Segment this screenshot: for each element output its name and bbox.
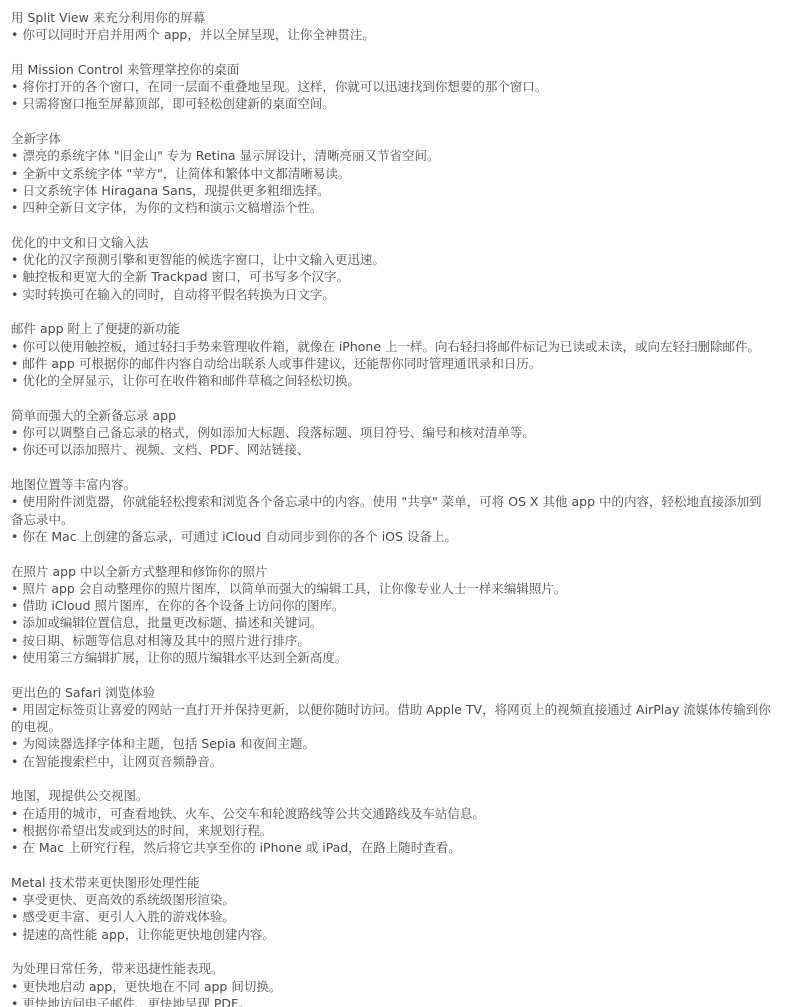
list-item: • 根据你希望出发或到达的时间，来规划行程。 [11, 822, 800, 839]
section-metal: Metal 技术带来更快图形处理性能 • 享受更快、更高效的系统级图形渲染。 •… [11, 874, 800, 943]
section-title: 用 Split View 来充分利用你的屏幕 [11, 9, 800, 26]
section-title: 优化的中文和日文输入法 [11, 234, 800, 251]
section-title: 在照片 app 中以全新方式整理和修饰你的照片 [11, 563, 800, 580]
list-item: • 在智能搜索栏中，让网页音频静音。 [11, 753, 800, 770]
section-title: 邮件 app 附上了便捷的新功能 [11, 320, 800, 337]
list-item: • 四种全新日文字体，为你的文档和演示文稿增添个性。 [11, 199, 800, 216]
list-item-continuation: 备忘录中。 [11, 511, 800, 528]
list-item: • 照片 app 会自动整理你的照片图库，以简单而强大的编辑工具，让你像专业人士… [11, 580, 800, 597]
list-item: • 优化的汉字预测引擎和更智能的候选字窗口，让中文输入更迅速。 [11, 251, 800, 268]
section-notes-content: 地图位置等丰富内容。 • 使用附件浏览器，你就能轻松搜索和浏览各个备忘录中的内容… [11, 476, 800, 545]
section-title: 地图位置等丰富内容。 [11, 476, 800, 493]
list-item: • 使用附件浏览器，你就能轻松搜索和浏览各个备忘录中的内容。使用 "共享" 菜单… [11, 493, 800, 510]
list-item: • 触控板和更宽大的全新 Trackpad 窗口，可书写多个汉字。 [11, 268, 800, 285]
section-title: 更出色的 Safari 浏览体验 [11, 684, 800, 701]
section-title: 用 Mission Control 来管理掌控你的桌面 [11, 61, 800, 78]
list-item: • 邮件 app 可根据你的邮件内容自动给出联系人或事件建议，还能帮你同时管理通… [11, 355, 800, 372]
section-title: 地图，现提供公交视图。 [11, 787, 800, 804]
list-item: • 感受更丰富、更引人入胜的游戏体验。 [11, 908, 800, 925]
list-item: • 漂亮的系统字体 "旧金山" 专为 Retina 显示屏设计，清晰亮丽又节省空… [11, 147, 800, 164]
list-item: • 按日期、标题等信息对相簿及其中的照片进行排序。 [11, 632, 800, 649]
list-item: • 只需将窗口拖至屏幕顶部，即可轻松创建新的桌面空间。 [11, 95, 800, 112]
list-item: • 在 Mac 上研究行程，然后将它共享至你的 iPhone 或 iPad，在路… [11, 839, 800, 856]
list-item: • 全新中文系统字体 "苹方"，让简体和繁体中文都清晰易读。 [11, 165, 800, 182]
list-item: • 更快地访问电子邮件，更快地呈现 PDF。 [11, 995, 800, 1007]
section-photos: 在照片 app 中以全新方式整理和修饰你的照片 • 照片 app 会自动整理你的… [11, 563, 800, 667]
section-mail: 邮件 app 附上了便捷的新功能 • 你可以使用触控板，通过轻扫手势来管理收件箱… [11, 320, 800, 389]
list-item: • 日文系统字体 Hiragana Sans，现提供更多粗细选择。 [11, 182, 800, 199]
list-item: • 提速的高性能 app，让你能更快地创建内容。 [11, 926, 800, 943]
section-notes: 简单而强大的全新备忘录 app • 你可以调整自己备忘录的格式，例如添加大标题、… [11, 407, 800, 459]
section-input-methods: 优化的中文和日文输入法 • 优化的汉字预测引擎和更智能的候选字窗口，让中文输入更… [11, 234, 800, 303]
list-item: • 你可以使用触控板，通过轻扫手势来管理收件箱，就像在 iPhone 上一样。向… [11, 338, 800, 355]
section-fonts: 全新字体 • 漂亮的系统字体 "旧金山" 专为 Retina 显示屏设计，清晰亮… [11, 130, 800, 216]
list-item: • 将你打开的各个窗口，在同一层面不重叠地呈现。这样，你就可以迅速找到你想要的那… [11, 78, 800, 95]
list-item: • 你可以同时开启并用两个 app，并以全屏呈现，让你全神贯注。 [11, 26, 800, 43]
section-performance: 为处理日常任务，带来迅捷性能表现。 • 更快地启动 app，更快地在不同 app… [11, 960, 800, 1007]
list-item: • 实时转换可在输入的同时，自动将平假名转换为日文字。 [11, 286, 800, 303]
list-item: • 你可以调整自己备忘录的格式，例如添加大标题、段落标题、项目符号、编号和核对清… [11, 424, 800, 441]
section-maps: 地图，现提供公交视图。 • 在适用的城市，可查看地铁、火车、公交车和轮渡路线等公… [11, 787, 800, 856]
list-item: • 你在 Mac 上创建的备忘录，可通过 iCloud 自动同步到你的各个 iO… [11, 528, 800, 545]
list-item: • 使用第三方编辑扩展，让你的照片编辑水平达到全新高度。 [11, 649, 800, 666]
feature-list-document: 用 Split View 来充分利用你的屏幕 • 你可以同时开启并用两个 app… [0, 0, 800, 1007]
list-item: • 为阅读器选择字体和主题，包括 Sepia 和夜间主题。 [11, 735, 800, 752]
list-item: • 借助 iCloud 照片图库，在你的各个设备上访问你的图库。 [11, 597, 800, 614]
section-title: Metal 技术带来更快图形处理性能 [11, 874, 800, 891]
section-mission-control: 用 Mission Control 来管理掌控你的桌面 • 将你打开的各个窗口，… [11, 61, 800, 113]
section-split-view: 用 Split View 来充分利用你的屏幕 • 你可以同时开启并用两个 app… [11, 9, 800, 44]
section-title: 全新字体 [11, 130, 800, 147]
list-item-continuation: 的电视。 [11, 718, 800, 735]
list-item: • 更快地启动 app，更快地在不同 app 间切换。 [11, 978, 800, 995]
section-title: 为处理日常任务，带来迅捷性能表现。 [11, 960, 800, 977]
section-safari: 更出色的 Safari 浏览体验 • 用固定标签页让喜爱的网站一直打开并保持更新… [11, 684, 800, 770]
list-item: • 在适用的城市，可查看地铁、火车、公交车和轮渡路线等公共交通路线及车站信息。 [11, 805, 800, 822]
list-item: • 享受更快、更高效的系统级图形渲染。 [11, 891, 800, 908]
list-item: • 添加或编辑位置信息，批量更改标题、描述和关键词。 [11, 614, 800, 631]
list-item: • 优化的全屏显示，让你可在收件箱和邮件草稿之间轻松切换。 [11, 372, 800, 389]
list-item: • 用固定标签页让喜爱的网站一直打开并保持更新，以便你随时访问。借助 Apple… [11, 701, 800, 718]
section-title: 简单而强大的全新备忘录 app [11, 407, 800, 424]
list-item: • 你还可以添加照片、视频、文档、PDF、网站链接、 [11, 441, 800, 458]
